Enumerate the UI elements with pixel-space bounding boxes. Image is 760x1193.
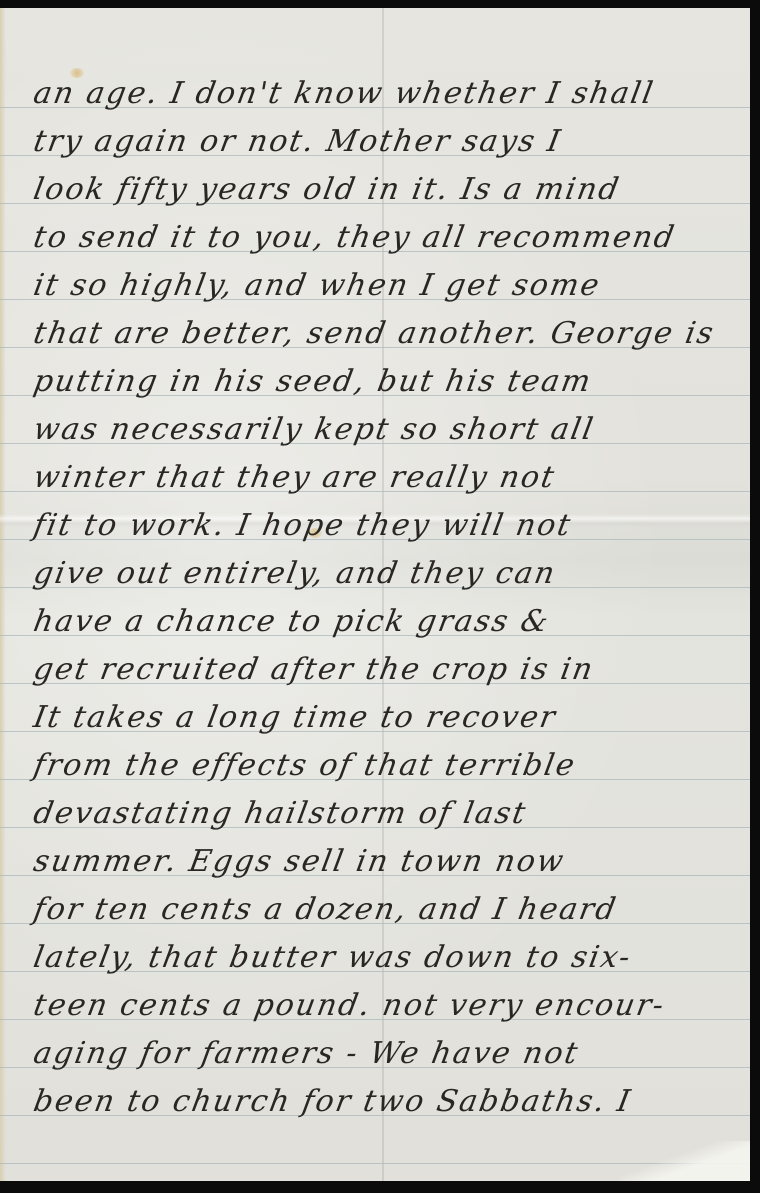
text-line: to send it to you, they all recommend: [30, 216, 746, 260]
text-line: fit to work. I hope they will not: [30, 504, 746, 548]
text-line: that are better, send another. George is: [30, 312, 746, 356]
scanned-letter: an age. I don't know whether I shall try…: [0, 0, 760, 1193]
letter-page: an age. I don't know whether I shall try…: [0, 8, 750, 1181]
text-line: summer. Eggs sell in town now: [30, 840, 746, 884]
text-line: aging for farmers - We have not: [30, 1032, 746, 1076]
text-line: an age. I don't know whether I shall: [30, 72, 746, 116]
text-line: winter that they are really not: [30, 456, 746, 500]
text-line: was necessarily kept so short all: [30, 408, 746, 452]
text-line: from the effects of that terrible: [30, 744, 746, 788]
text-line: give out entirely, and they can: [30, 552, 746, 596]
text-line: It takes a long time to recover: [30, 696, 746, 740]
text-line: lately, that butter was down to six-: [30, 936, 746, 980]
text-line: for ten cents a dozen, and I heard: [30, 888, 746, 932]
page-corner-curl: [620, 1141, 750, 1181]
text-line: been to church for two Sabbaths. I: [30, 1080, 746, 1124]
text-line: get recruited after the crop is in: [30, 648, 746, 692]
text-line: look fifty years old in it. Is a mind: [30, 168, 746, 212]
text-line: have a chance to pick grass &: [30, 600, 746, 644]
text-line: teen cents a pound. not very encour-: [30, 984, 746, 1028]
text-line: try again or not. Mother says I: [30, 120, 746, 164]
text-line: devastating hailstorm of last: [30, 792, 746, 836]
handwritten-text: an age. I don't know whether I shall try…: [0, 8, 750, 1181]
text-line: it so highly, and when I get some: [30, 264, 746, 308]
text-line: putting in his seed, but his team: [30, 360, 746, 404]
